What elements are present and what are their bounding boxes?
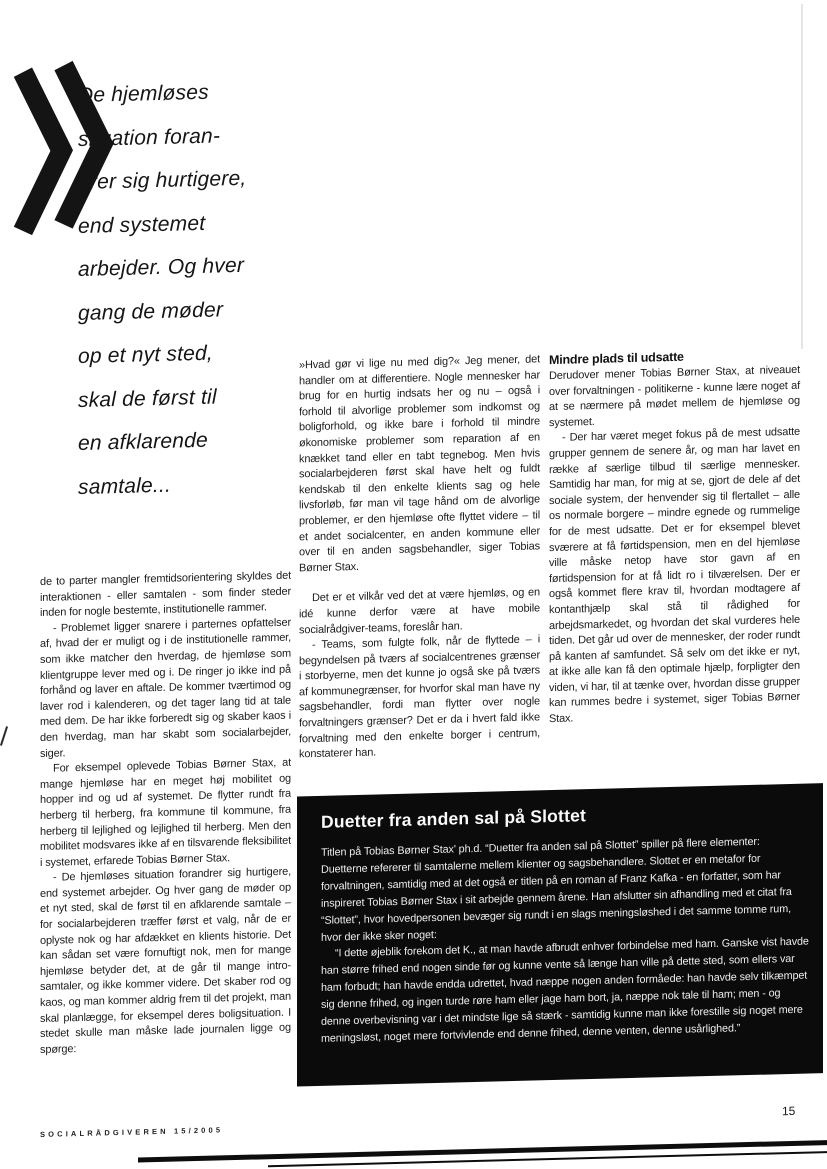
pull-quote: De hjemløsessituation foran-drer sig hur… [78,68,308,509]
body-column-1: de to parter mangler fremtidsorientering… [40,569,291,1059]
pull-quote-line: drer sig hurtigere, [78,155,308,204]
body-paragraph: Det er et vilkår ved det at være hjemløs… [299,586,540,639]
pull-quote-line: De hjemløses [78,68,308,117]
info-box-paragraph: Titlen på Tobias Børner Stax' ph.d. “Due… [321,833,809,947]
pull-quote-line: en afklarende [78,416,308,465]
pull-quote-line: op et nyt sted, [78,329,308,378]
body-column-2: »Hvad gør vi lige nu med dig?« Jeg mener… [299,352,540,763]
body-paragraph: For eksempel oplevede Tobias Børner Stax… [40,756,291,872]
pull-quote-line: samtale... [78,460,308,509]
info-box-body: Titlen på Tobias Børner Stax' ph.d. “Due… [321,833,809,1048]
info-box-paragraph: “I dette øjeblik forekom det K., at man … [321,934,809,1048]
page-number: 15 [782,1104,795,1118]
body-paragraph: - Teams, som fulgte folk, når de flytted… [299,632,540,763]
pull-quote-line: arbejder. Og hver [78,242,308,291]
pull-quote-line: situation foran- [78,112,308,161]
page-content: De hjemløsessituation foran-drer sig hur… [0,0,827,1169]
body-paragraph: - De hjemløses situation forandrer sig h… [40,865,291,1058]
body-paragraph: Derudover mener Tobias Børner Stax, at n… [549,363,800,432]
journal-footer: SOCIALRÅDGIVEREN 15/2005 [40,1125,223,1139]
pull-quote-line: skal de først til [78,373,308,422]
body-paragraph: - Problemet ligger snarere i parternes o… [40,615,291,762]
body-paragraph: de to parter mangler fremtidsorientering… [40,569,291,622]
body-paragraph: - Der har været meget fokus på de mest u… [549,425,800,728]
info-box: Duetter fra anden sal på Slottet Titlen … [297,783,823,1086]
info-box-title: Duetter fra anden sal på Slottet [321,800,809,833]
body-column-3-paragraphs: Derudover mener Tobias Børner Stax, at n… [549,363,800,728]
magazine-page: De hjemløsessituation foran-drer sig hur… [0,0,827,1169]
pull-quote-line: gang de møder [78,286,308,335]
body-paragraph: »Hvad gør vi lige nu med dig?« Jeg mener… [299,352,540,576]
pull-quote-line: end systemet [78,199,308,248]
body-column-3: Mindre plads til udsatte Derudover mener… [549,346,800,728]
